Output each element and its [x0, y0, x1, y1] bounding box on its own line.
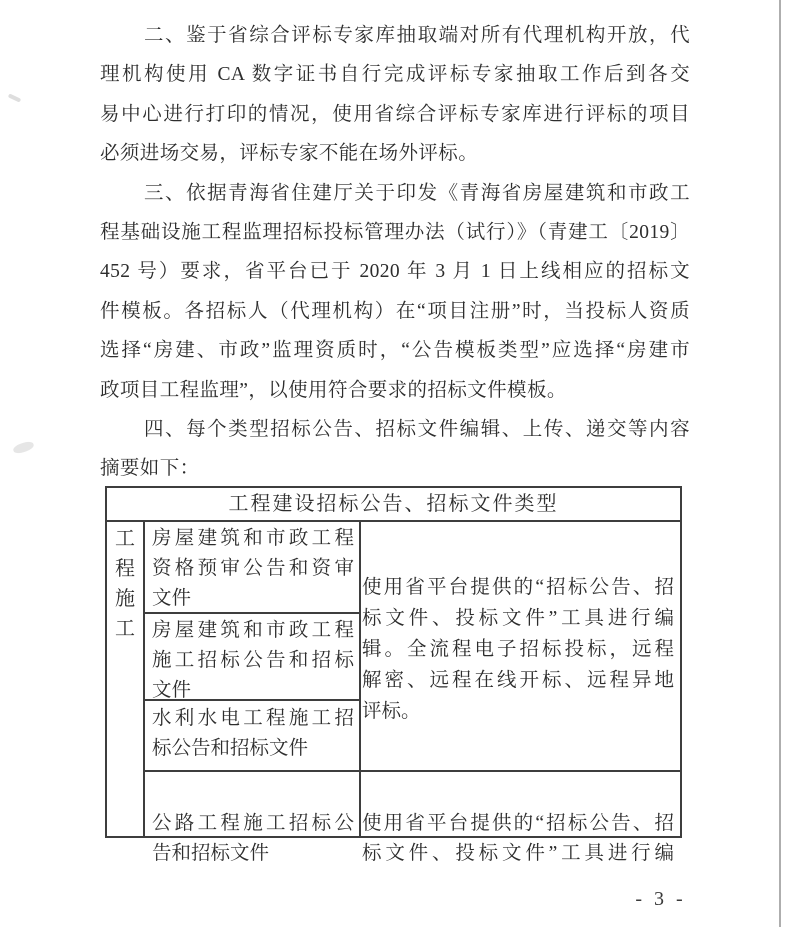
scan-smudge	[12, 440, 35, 455]
note-line: 标文件、投标文件”工具进行编	[362, 839, 674, 869]
type-cell-line: 标公告和招标文件	[152, 734, 354, 764]
document-line: 政项目工程监理”，以使用符合要求的招标文件模板。	[100, 371, 690, 410]
note-line: 评标。	[362, 696, 674, 727]
type-cell-line: 施工招标公告和招标	[152, 646, 354, 676]
document-line: 摘要如下：	[100, 449, 690, 488]
type-cell-housing-construction: 房屋建筑和市政工程 施工招标公告和招标 文件	[152, 616, 354, 706]
type-cell-line: 房屋建筑和市政工程	[152, 524, 354, 554]
table-column-divider	[143, 520, 145, 836]
scanned-document-page: { "body_lines": [ "二、鉴于省综合评标专家库抽取端对所有代理机…	[0, 0, 793, 927]
scan-smudge	[8, 93, 21, 102]
type-cell-water-conservancy: 水利水电工程施工招 标公告和招标文件	[152, 704, 354, 764]
type-cell-line: 水利水电工程施工招	[152, 704, 354, 734]
type-cell-line: 文件	[152, 584, 354, 614]
document-line: 三、依据青海省住建厅关于印发《青海省房屋建筑和市政工	[100, 174, 690, 213]
note-cell-highway: 使用省平台提供的“招标公告、招 标文件、投标文件”工具进行编	[362, 809, 674, 869]
document-line: 易中心进行打印的情况，使用省综合评标专家库进行评标的项目	[100, 95, 690, 134]
type-cell-line: 资格预审公告和资审	[152, 554, 354, 584]
note-line: 标文件、投标文件”工具进行编	[362, 603, 674, 634]
document-body: 二、鉴于省综合评标专家库抽取端对所有代理机构开放，代 理机构使用 CA 数字证书…	[100, 16, 690, 489]
type-cell-line: 房屋建筑和市政工程	[152, 616, 354, 646]
bid-types-table: 工程建设招标公告、招标文件类型 工 程 施 工 房屋建筑和市政工程 资格预审公告…	[105, 486, 682, 838]
scan-page-edge-line	[779, 0, 781, 927]
document-line: 理机构使用 CA 数字证书自行完成评标专家抽取工作后到各交	[100, 55, 690, 94]
category-char: 程	[107, 554, 143, 584]
note-line: 辑。全流程电子招标投标，远程	[362, 634, 674, 665]
type-cell-highway: 公路工程施工招标公 告和招标文件	[152, 809, 354, 869]
note-line: 使用省平台提供的“招标公告、招	[362, 572, 674, 603]
type-cell-prequalification: 房屋建筑和市政工程 资格预审公告和资审 文件	[152, 524, 354, 614]
document-line: 二、鉴于省综合评标专家库抽取端对所有代理机构开放，代	[100, 16, 690, 55]
type-cell-line: 公路工程施工招标公	[152, 809, 354, 839]
category-char: 工	[107, 524, 143, 554]
category-char: 工	[107, 614, 143, 644]
note-line: 使用省平台提供的“招标公告、招	[362, 809, 674, 839]
document-line: 必须进场交易，评标专家不能在场外评标。	[100, 134, 690, 173]
note-line: 解密、远程在线开标、远程异地	[362, 665, 674, 696]
document-line: 件模板。各招标人（代理机构）在“项目注册”时，当投标人资质	[100, 292, 690, 331]
table-title: 工程建设招标公告、招标文件类型	[107, 488, 680, 522]
document-line: 选择“房建、市政”监理资质时，“公告模板类型”应选择“房建市	[100, 331, 690, 370]
type-cell-line: 文件	[152, 676, 354, 706]
type-cell-line: 告和招标文件	[152, 839, 354, 869]
page-number: - 3 -	[630, 888, 690, 911]
category-cell-vertical-label: 工 程 施 工	[107, 524, 143, 644]
table-row-divider	[145, 770, 680, 772]
table-column-divider	[359, 520, 361, 836]
document-line: 四、每个类型招标公告、招标文件编辑、上传、递交等内容	[100, 410, 690, 449]
category-char: 施	[107, 584, 143, 614]
note-cell-merged: 使用省平台提供的“招标公告、招 标文件、投标文件”工具进行编 辑。全流程电子招标…	[362, 572, 674, 727]
document-line: 程基础设施工程监理招标投标管理办法（试行）》（青建工〔2019〕	[100, 213, 690, 252]
document-line: 452 号）要求，省平台已于 2020 年 3 月 1 日上线相应的招标文	[100, 252, 690, 291]
